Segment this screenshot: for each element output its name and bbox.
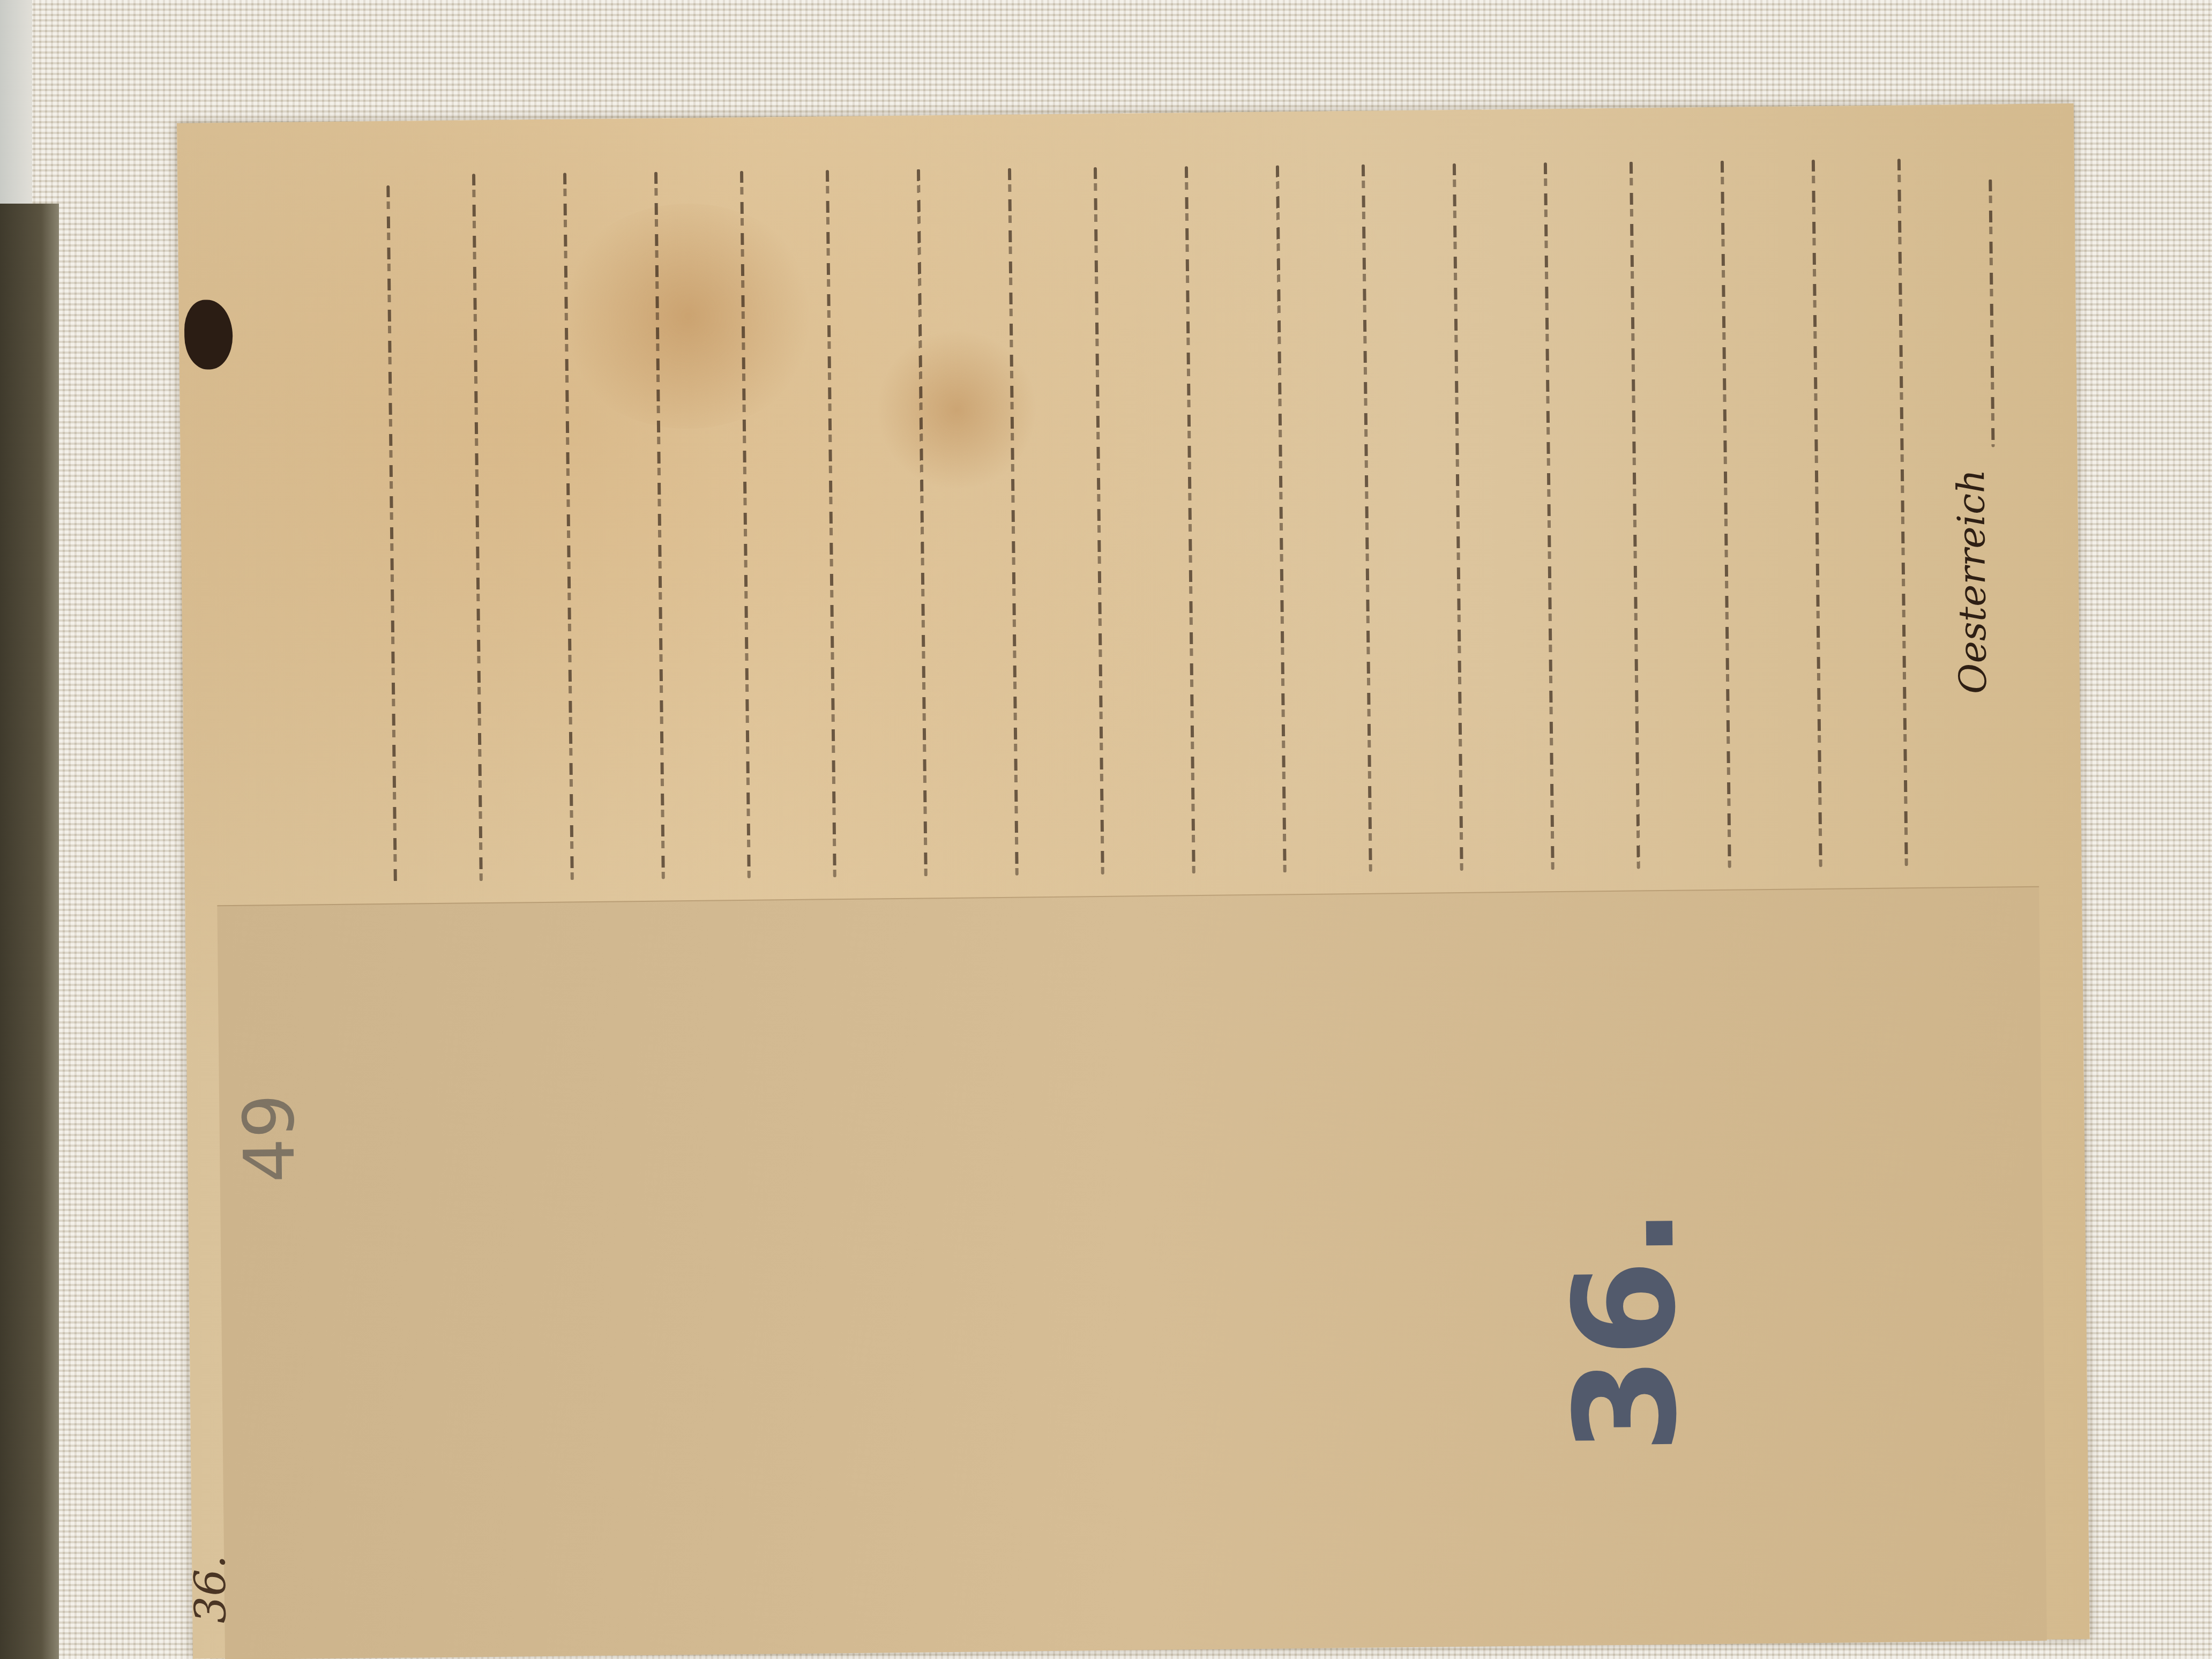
script-line: [386, 185, 397, 882]
script-line: [1812, 160, 1822, 867]
script-line: [1185, 166, 1195, 873]
script-line: [1989, 180, 1994, 447]
document-sheet: Oesterreich 49 36. 36.: [177, 103, 2090, 1659]
pencil-folio-number: 49: [228, 1094, 311, 1183]
script-line: [654, 172, 665, 879]
script-line: [563, 173, 574, 880]
word-oesterreich: Oesterreich: [1949, 469, 1995, 694]
script-line: [1630, 162, 1640, 869]
left-dark-surface: [0, 204, 59, 1659]
script-line: [1453, 163, 1463, 871]
left-edge-strip: [0, 0, 32, 204]
handwritten-text-column: [311, 147, 2034, 893]
script-line: [1362, 165, 1372, 872]
ink-corner-number: 36.: [185, 1555, 235, 1624]
script-line: [1008, 168, 1019, 876]
ink-blot: [184, 300, 233, 370]
blue-crayon-number: 36.: [1544, 1206, 1708, 1455]
script-line: [917, 169, 928, 876]
script-line: [1094, 167, 1104, 875]
script-line: [1721, 161, 1731, 868]
script-line: [740, 171, 751, 878]
script-line: [472, 174, 483, 881]
script-line: [1276, 165, 1287, 872]
script-line: [1544, 162, 1555, 870]
script-line: [826, 170, 836, 877]
folded-panel: [217, 886, 2047, 1659]
script-line: [1897, 159, 1908, 866]
